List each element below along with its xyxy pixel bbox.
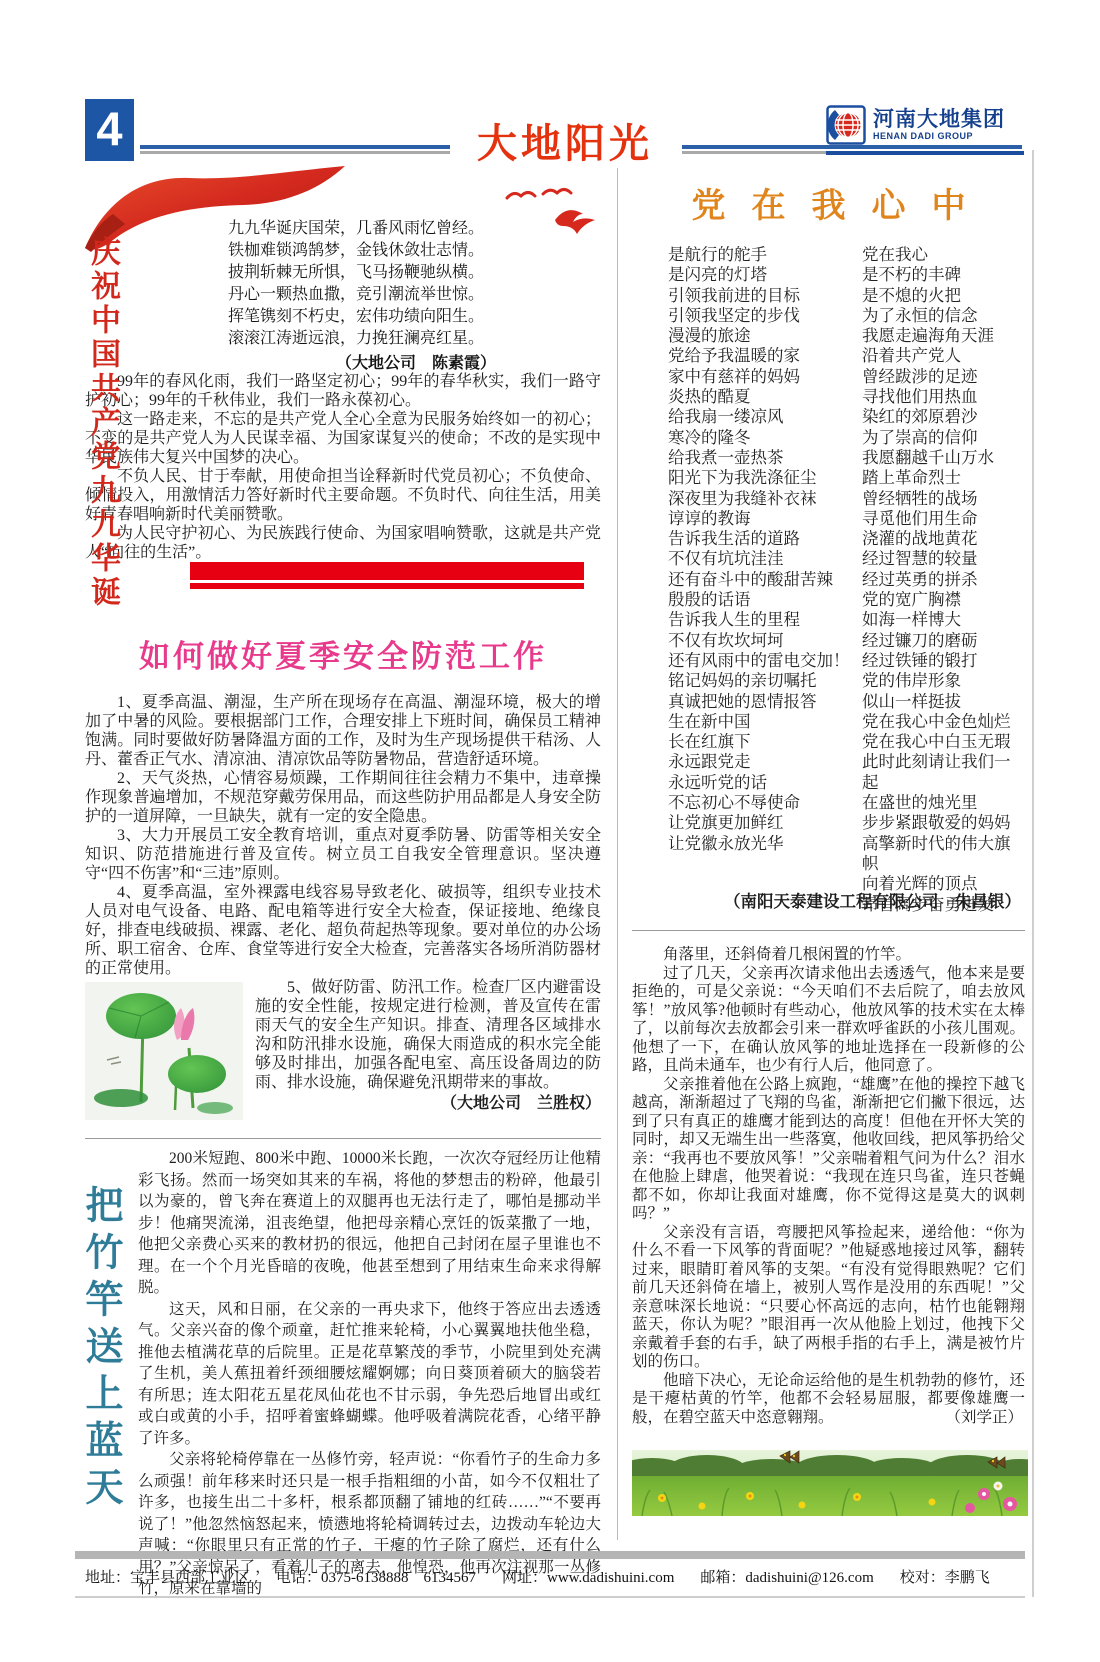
party-poem-right-column: 党在我心是不朽的丰碑是不熄的火把为了永恒的信念我愿走遍海角天涯沿着共产党人曾经跋…: [862, 245, 1025, 915]
anniversary-vertical-title: 庆祝中国共产党九九华诞: [86, 236, 124, 636]
party-poem-line: 经过英勇的拼杀: [862, 570, 1025, 590]
party-poem-line: 党给予我温暖的家: [668, 346, 862, 366]
header-rule-left: [140, 145, 450, 154]
logo-underline: [826, 151, 1024, 155]
poem-line: 挥笔镌刻不朽史，宏伟功绩向阳生。: [228, 306, 496, 328]
party-poem-line: 染红的郊原碧沙: [862, 407, 1025, 427]
party-poem-line: 似山一样挺拔: [862, 692, 1025, 712]
party-poem-line: 高擎新时代的伟大旗帜: [862, 834, 1025, 875]
party-poem-line: 不仅有坑坑洼洼: [668, 549, 862, 569]
party-poem-attribution: （南阳天泰建设工程有限公司 朱昌银）: [632, 888, 1025, 912]
story-paragraph: 父亲推着他在公路上疯跑，“雄鹰”在他的操控下越飞越高，渐渐超过了飞翔的鸟雀，渐渐…: [632, 1076, 1025, 1224]
party-poem-line: 家中有慈祥的妈妈: [668, 367, 862, 387]
party-poem-line: 永远听党的话: [668, 773, 862, 793]
prose-paragraph: 这一路走来，不忘的是共产党人全心全意为民服务始终如一的初心；不变的是共产党人为人…: [85, 410, 601, 467]
party-poem-line: 寻找他们用热血: [862, 387, 1025, 407]
prose-paragraph: 不负人民、甘于奉献，用使命担当诠释新时代党员初心；不负使命、倾情投入，用激情活力…: [85, 467, 601, 524]
party-poem-line: 经过铁锤的锻打: [862, 651, 1025, 671]
anniversary-prose: 99年的春风化雨，我们一路坚定初心；99年的春华秋实，我们一路守护初心；99年的…: [85, 372, 601, 562]
party-poem-left-column: 是航行的舵手是闪亮的灯塔引领我前进的目标引领我坚定的步伐漫漫的旅途党给予我温暖的…: [668, 245, 862, 915]
page-right-border: [1032, 150, 1034, 1597]
safety-article-body: 1、夏季高温、潮湿，生产所在现场存在高温、潮湿环境，极大的增加了中暑的风险。要根…: [85, 693, 601, 1122]
party-poem-line: 此时此刻请让我们一起: [862, 752, 1025, 793]
story-right-paragraphs: 角落里，还斜倚着几根闲置的竹竿。过了几天，父亲再次请求他出去透透气，他本来是要拒…: [632, 946, 1025, 1372]
party-poem-line: 真诚把她的恩情报答: [668, 692, 862, 712]
safety-paragraphs: 1、夏季高温、潮湿，生产所在现场存在高温、潮湿环境，极大的增加了中暑的风险。要根…: [85, 693, 601, 978]
party-poem-line: 党的宽广胸襟: [862, 590, 1025, 610]
party-poem-line: 生在新中国: [668, 712, 862, 732]
globe-logo-icon: [826, 105, 866, 145]
party-poem-line: 告诉我人生的里程: [668, 610, 862, 630]
party-poem-line: 不忘初心不辱使命: [668, 793, 862, 813]
party-poem-line: 寻觅他们用生命: [862, 509, 1025, 529]
lotus-image: [85, 982, 243, 1120]
party-poem-line: 党的伟岸形象: [862, 671, 1025, 691]
poem-line: 披荆斩棘无所惧，飞马扬鞭驰纵横。: [228, 262, 496, 284]
footer-item: 校对：李鹏飞: [900, 1570, 990, 1586]
party-poem-line: 不仅有坎坎坷坷: [668, 631, 862, 651]
party-poem-line: 经过镰刀的磨砺: [862, 631, 1025, 651]
party-poem-columns: 是航行的舵手是闪亮的灯塔引领我前进的目标引领我坚定的步伐漫漫的旅途党给予我温暖的…: [668, 245, 1025, 915]
poem-line: 铁枷难锁鸿鹄梦，金钱休敛壮志情。: [228, 240, 496, 262]
anniversary-poem: 九九华诞庆国荣，几番风雨忆曾经。铁枷难锁鸿鹄梦，金钱休敛壮志情。披荆斩棘无所惧，…: [228, 218, 496, 375]
footer-bottom-line: [75, 1596, 1025, 1598]
prose-paragraph: 为人民守护初心、为民族践行使命、为国家唱响赞歌，这就是共产党人“向往的生活”。: [85, 524, 601, 562]
bamboo-story-vertical-title: 把竹竿送上蓝天: [82, 1185, 128, 1514]
party-poem-line: 还有奋斗中的酸甜苦辣: [668, 570, 862, 590]
party-poem-line: 告诉我生活的道路: [668, 529, 862, 549]
logo-name-en: HENAN DADI GROUP: [873, 131, 1005, 141]
party-poem-line: 还有风雨中的雷电交加！: [668, 651, 862, 671]
right-column-divider: [632, 930, 1025, 931]
safety-paragraph5-wrap: 5、做好防雷、防汛工作。检查厂区内避雷设施的安全性能，按规定进行检测，普及宣传在…: [85, 978, 601, 1113]
party-poem-line: 引领我前进的目标: [668, 286, 862, 306]
poem-attribution: （大地公司 陈素霞）: [228, 353, 496, 375]
party-poem-line: 在盛世的烛光里: [862, 793, 1025, 813]
party-poem-line: 铭记妈妈的亲切嘱托: [668, 671, 862, 691]
party-poem-line: 漫漫的旅途: [668, 326, 862, 346]
safety-paragraph: 3、大力开展员工安全教育培训，重点对夏季防暑、防雷等相关安全知识、防范措施进行普…: [85, 826, 601, 883]
party-poem-line: 曾经跋涉的足迹: [862, 367, 1025, 387]
footer-top-bar: [75, 1551, 1025, 1559]
party-poem-line: 是闪亮的灯塔: [668, 265, 862, 285]
left-column-divider: [85, 1138, 601, 1139]
poem-lines: 九九华诞庆国荣，几番风雨忆曾经。铁枷难锁鸿鹄梦，金钱休敛壮志情。披荆斩棘无所惧，…: [228, 218, 496, 350]
footer-info: 地址：宝丰县西部工业区电话：0375-6138888 6134567网址：www…: [85, 1566, 1015, 1587]
story-paragraph: 过了几天，父亲再次请求他出去透透气，他本来是要拒绝的，可是父亲说：“今天咱们不去…: [632, 965, 1025, 1076]
party-poem-title: 党在我心中: [632, 190, 1025, 224]
party-poem-line: 是不熄的火把: [862, 286, 1025, 306]
story-paragraph: 角落里，还斜倚着几根闲置的竹竿。: [632, 946, 1025, 965]
footer-item: 电话：0375-6138888 6134567: [276, 1570, 476, 1586]
party-poem-line: 永远跟党走: [668, 752, 862, 772]
party-poem-line: 如海一样博大: [862, 610, 1025, 630]
party-poem-line: 曾经牺牲的战场: [862, 489, 1025, 509]
party-poem-line: 引领我坚定的步伐: [668, 306, 862, 326]
party-poem-line: 是航行的舵手: [668, 245, 862, 265]
bamboo-story-right-column: 角落里，还斜倚着几根闲置的竹竿。过了几天，父亲再次请求他出去透透气，他本来是要拒…: [632, 946, 1025, 1427]
party-poem-line: 是不朽的丰碑: [862, 265, 1025, 285]
party-poem-line: 沿着共产党人: [862, 346, 1025, 366]
party-poem-line: 让党徽永放光华: [668, 834, 862, 854]
party-poem-line: 党在我心: [862, 245, 1025, 265]
story-paragraph: 200米短跑、800米中跑、10000米长跑，一次次夺冠经历让他精彩飞扬。然而一…: [138, 1148, 601, 1299]
party-poem-line: 阳光下为我洗涤征尘: [668, 468, 862, 488]
party-poem-line: 给我煮一壶热茶: [668, 448, 862, 468]
party-poem-line: 我愿走遍海角天涯: [862, 326, 1025, 346]
prose-paragraph: 99年的春风化雨，我们一路坚定初心；99年的春华秋实，我们一路守护初心；99年的…: [85, 372, 601, 410]
party-poem-line: 寒冷的隆冬: [668, 428, 862, 448]
party-poem-line: 炎热的酷夏: [668, 387, 862, 407]
party-poem-line: 经过智慧的较量: [862, 549, 1025, 569]
poem-line: 滚滚江涛逝远浪，力挽狂澜亮红星。: [228, 328, 496, 350]
red-banner-bar: [190, 562, 584, 589]
party-poem-line: 踏上革命烈士: [862, 468, 1025, 488]
footer-item: 网址：www.dadishuini.com: [502, 1570, 674, 1586]
party-poem-line: 为了永恒的信念: [862, 306, 1025, 326]
masthead-title: 大地阳光: [455, 124, 675, 164]
story-paragraph: 父亲没有言语，弯腰把风筝捡起来，递给他：“你为什么不看一下风筝的背面呢？”他疑惑…: [632, 1224, 1025, 1372]
party-poem-line: 殷殷的话语: [668, 590, 862, 610]
poem-line: 丹心一颗热血撒，竞引潮流举世惊。: [228, 284, 496, 306]
story-paragraph: 这天，风和日丽，在父亲的一再央求下，他终于答应出去透透气。父亲兴奋的像个顽童，赶…: [138, 1299, 601, 1450]
party-poem-line: 给我扇一缕凉风: [668, 407, 862, 427]
poem-line: 九九华诞庆国荣，几番风雨忆曾经。: [228, 218, 496, 240]
red-birds-icon: [503, 186, 605, 242]
safety-paragraph: 4、夏季高温，室外裸露电线容易导致老化、破损等，组织专业技术人员对电气设备、电路…: [85, 883, 601, 978]
safety-article-title: 如何做好夏季安全防范工作: [85, 638, 601, 675]
column-divider: [617, 168, 618, 1540]
party-poem-line: 让党旗更加鲜红: [668, 813, 862, 833]
footer-item: 地址：宝丰县西部工业区: [85, 1570, 250, 1586]
party-poem-line: 步步紧跟敬爱的妈妈: [862, 813, 1025, 833]
bamboo-story-left-column: 200米短跑、800米中跑、10000米长跑，一次次夺冠经历让他精彩飞扬。然而一…: [138, 1148, 601, 1600]
safety-paragraph: 2、天气炎热，心情容易烦躁，工作期间往往会精力不集中，违章操作现象普遍增加，不规…: [85, 769, 601, 826]
safety-paragraph: 1、夏季高温、潮湿，生产所在现场存在高温、潮湿环境，极大的增加了中暑的风险。要根…: [85, 693, 601, 769]
newspaper-page: 4 大地阳光 河南大地集团 HENAN DADI GROUP: [0, 0, 1100, 1662]
party-poem-line: 谆谆的教诲: [668, 509, 862, 529]
party-poem-line: 党在我心中金色灿烂: [862, 712, 1025, 732]
footer-item: 邮箱：dadishuini@126.com: [700, 1570, 873, 1586]
party-poem-line: 浇灌的战地黄花: [862, 529, 1025, 549]
party-poem-line: 党在我心中白玉无瑕: [862, 732, 1025, 752]
party-poem-line: 长在红旗下: [668, 732, 862, 752]
party-poem-line: 为了崇高的信仰: [862, 428, 1025, 448]
company-logo: 河南大地集团 HENAN DADI GROUP: [826, 100, 1026, 150]
grass-flowers-image: [632, 1450, 1028, 1516]
page-number: 4: [85, 99, 134, 161]
party-poem-line: 我愿翻越千山万水: [862, 448, 1025, 468]
logo-name-cn: 河南大地集团: [873, 109, 1005, 131]
party-poem-line: 深夜里为我缝补衣袜: [668, 489, 862, 509]
